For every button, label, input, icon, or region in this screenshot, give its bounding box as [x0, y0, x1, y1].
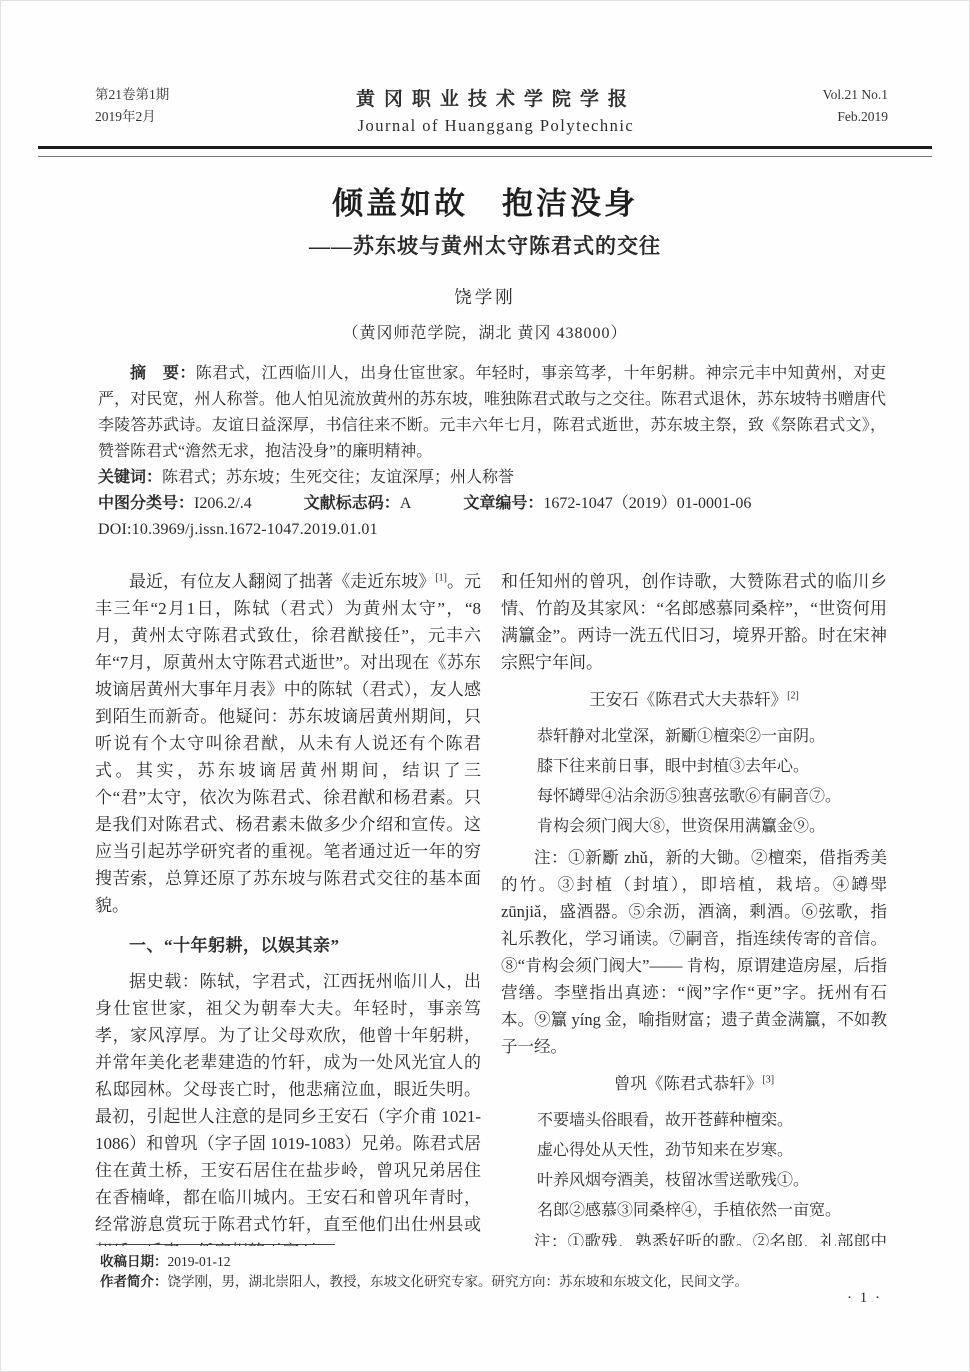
- author-affiliation: （黄冈师范学院，湖北 黄冈 438000）: [0, 320, 970, 343]
- citation-ref-3: [3]: [762, 1075, 774, 1086]
- abstract-text: 陈君式，江西临川人，出身仕宦世家。年轻时，事亲笃孝，十年躬耕。神宗元丰中知黄州，…: [98, 365, 886, 460]
- body-paragraph-3: 和任知州的曾巩，创作诗歌，大赞陈君式的临川乡情、竹韵及其家风：“名郎感慕同桑梓”…: [501, 568, 887, 676]
- abstract-label: 摘 要：: [130, 365, 196, 382]
- issue-date-cn: 2019年2月: [95, 106, 169, 128]
- volume-issue-cn: 第21卷第1期: [95, 84, 169, 106]
- keywords-text: 陈君式；苏东坡；生死交往；友谊深厚；州人称誉: [162, 469, 514, 486]
- poem2-line-1: 不要墙头俗眼看，故开苍藓种檀栾。: [501, 1106, 887, 1136]
- author-name: 饶学刚: [0, 284, 970, 309]
- front-matter: 摘 要：陈君式，江西临川人，出身仕宦世家。年轻时，事亲笃孝，十年躬耕。神宗元丰中…: [98, 361, 886, 543]
- poem2: 不要墙头俗眼看，故开苍藓种檀栾。 虚心得处从天性，劲节知来在岁寒。 叶养风烟夸酒…: [501, 1106, 887, 1226]
- keywords-line: 关键词：陈君式；苏东坡；生死交往；友谊深厚；州人称誉: [98, 465, 886, 491]
- poem2-line-3: 叶养风烟夸酒美，枝留冰雪送歌残①。: [501, 1166, 887, 1196]
- left-column: 最近，有位友人翻阅了拙著《走近东坡》[1]。元丰三年“2月1日，陈轼（君式）为黄…: [95, 568, 481, 1246]
- received-date-label: 收稿日期：: [100, 1254, 168, 1269]
- poem2-line-2: 虚心得处从天性，劲节知来在岁寒。: [501, 1136, 887, 1166]
- received-date-line: 收稿日期：2019-01-12: [100, 1252, 885, 1272]
- body-paragraph-1: 最近，有位友人翻阅了拙著《走近东坡》[1]。元丰三年“2月1日，陈轼（君式）为黄…: [95, 568, 481, 919]
- header-divider-rule: [38, 146, 932, 157]
- poem1-title-text: 王安石《陈君式大夫恭轩》: [589, 690, 787, 709]
- para1-text-pre: 最近，有位友人翻阅了拙著《走近东坡》: [129, 572, 435, 591]
- clc-segment: 中图分类号：I206.2/.4: [98, 491, 252, 517]
- clc-label: 中图分类号：: [98, 495, 194, 512]
- journal-name-en: Journal of Huanggang Polytechnic: [356, 116, 636, 136]
- clc-value: I206.2/.4: [194, 495, 252, 512]
- article-no-value: 1672-1047（2019）01-0001-06: [543, 495, 751, 512]
- header-volume-block-en: Vol.21 No.1 Feb.2019: [823, 84, 888, 128]
- poem1-line-4: 肯构会须门阀大⑧，世资保用满籯金⑨。: [501, 812, 887, 842]
- article-no-segment: 文章编号：1672-1047（2019）01-0001-06: [463, 491, 751, 517]
- article-subtitle: ——苏东坡与黄州太守陈君式的交往: [0, 230, 970, 260]
- right-column: 和任知州的曾巩，创作诗歌，大赞陈君式的临川乡情、竹韵及其家风：“名郎感慕同桑梓”…: [501, 568, 887, 1246]
- doc-code-value: A: [400, 495, 412, 512]
- poem1-notes: 注：①新斸 zhǔ，新的大锄。②檀栾，借指秀美的竹。③封植（封埴），即培植，栽培…: [501, 844, 887, 1060]
- page-header: 第21卷第1期 2019年2月 黄冈职业技术学院学报 Journal of Hu…: [95, 84, 888, 136]
- para1-text-post: 。元丰三年“2月1日，陈轼（君式）为黄州太守”，“8月，黄州太守陈君式致仕，徐君…: [95, 572, 481, 915]
- article-title: 倾盖如故 抱洁没身: [0, 178, 970, 223]
- article-body: 最近，有位友人翻阅了拙著《走近东坡》[1]。元丰三年“2月1日，陈轼（君式）为黄…: [95, 568, 887, 1246]
- section-heading-1: 一、“十年躬耕，以娱其亲”: [95, 932, 481, 959]
- doc-code-segment: 文献标志码：A: [304, 491, 412, 517]
- doi-line: DOI:10.3969/j.issn.1672-1047.2019.01.01: [98, 517, 886, 543]
- poem1-line-3: 每怀罇斝④沾余沥⑤独喜弦歌⑥有嗣音⑦。: [501, 782, 887, 812]
- page-footer: 收稿日期：2019-01-12 作者简介：饶学刚，男，湖北崇阳人，教授，东坡文化…: [100, 1244, 885, 1292]
- footnote-divider-rule: [100, 1244, 335, 1245]
- header-volume-block-cn: 第21卷第1期 2019年2月: [95, 84, 169, 128]
- keywords-label: 关键词：: [98, 469, 162, 486]
- author-bio-label: 作者简介：: [100, 1274, 168, 1289]
- doc-code-label: 文献标志码：: [304, 495, 400, 512]
- poem1-line-1: 恭轩静对北堂深，新斸①檀栾②一亩阴。: [501, 722, 887, 752]
- poem2-line-4: 名郎②感慕③同桑梓④，手植依然一亩宽。: [501, 1196, 887, 1226]
- poem2-title: 曾巩《陈君式恭轩》[3]: [501, 1070, 887, 1097]
- journal-name-cn: 黄冈职业技术学院学报: [356, 84, 636, 111]
- citation-ref-2: [2]: [787, 691, 799, 702]
- author-bio-line: 作者简介：饶学刚，男，湖北崇阳人，教授，东坡文化研究专家。研究方向：苏东坡和东坡…: [100, 1272, 885, 1292]
- citation-ref-1: [1]: [435, 572, 447, 583]
- poem1: 恭轩静对北堂深，新斸①檀栾②一亩阴。 膝下往来前日事，眼中封植③去年心。 每怀罇…: [501, 722, 887, 842]
- body-paragraph-2: 据史载：陈轼，字君式，江西抚州临川人，出身仕宦世家，祖父为朝奉大夫。年轻时，事亲…: [95, 968, 481, 1246]
- poem1-line-2: 膝下往来前日事，眼中封植③去年心。: [501, 752, 887, 782]
- journal-title-block: 黄冈职业技术学院学报 Journal of Huanggang Polytech…: [356, 84, 636, 136]
- poem1-title: 王安石《陈君式大夫恭轩》[2]: [501, 686, 887, 713]
- abstract-paragraph: 摘 要：陈君式，江西临川人，出身仕宦世家。年轻时，事亲笃孝，十年躬耕。神宗元丰中…: [98, 361, 886, 465]
- author-bio-value: 饶学刚，男，湖北崇阳人，教授，东坡文化研究专家。研究方向：苏东坡和东坡文化，民间…: [168, 1274, 749, 1289]
- classification-line: 中图分类号：I206.2/.4 文献标志码：A 文章编号：1672-1047（2…: [98, 491, 886, 517]
- poem2-title-text: 曾巩《陈君式恭轩》: [614, 1074, 763, 1093]
- issue-date-en: Feb.2019: [823, 106, 888, 128]
- volume-issue-en: Vol.21 No.1: [823, 84, 888, 106]
- received-date-value: 2019-01-12: [168, 1254, 231, 1269]
- article-no-label: 文章编号：: [463, 495, 543, 512]
- page-number: · 1 ·: [847, 1290, 882, 1307]
- journal-page: 第21卷第1期 2019年2月 黄冈职业技术学院学报 Journal of Hu…: [0, 0, 970, 1372]
